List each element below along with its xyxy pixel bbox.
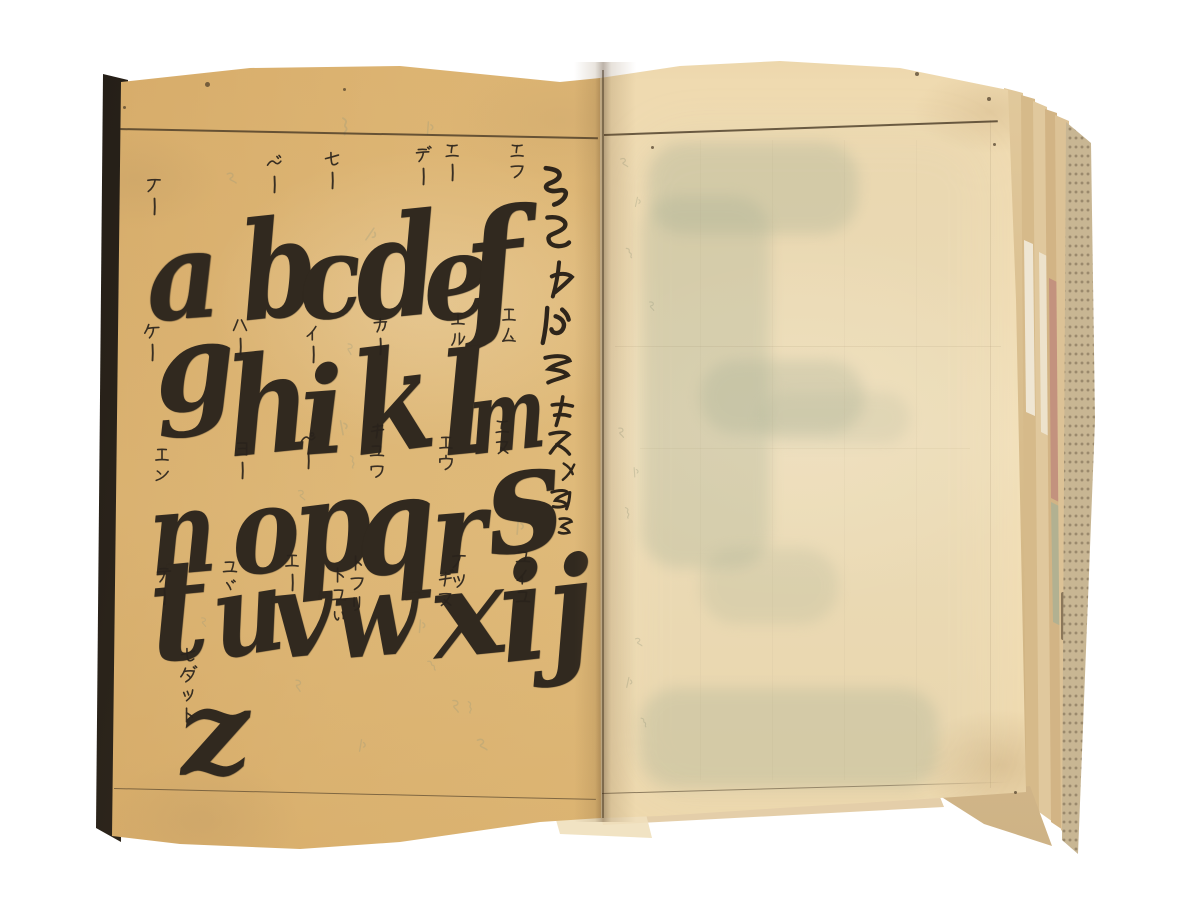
wormhole-dot [1014, 791, 1017, 794]
wormhole-dot [987, 97, 991, 101]
wormhole-dot [993, 143, 996, 146]
wormhole-dot [205, 82, 210, 87]
wormholes [0, 0, 1188, 923]
wormhole-dot [915, 72, 919, 76]
book-photo: abcdefghiklmnopqrstuvwxijz [0, 0, 1188, 923]
wormhole-dot [651, 146, 654, 149]
wormhole-dot [343, 88, 346, 91]
wormhole-dot [123, 106, 126, 109]
